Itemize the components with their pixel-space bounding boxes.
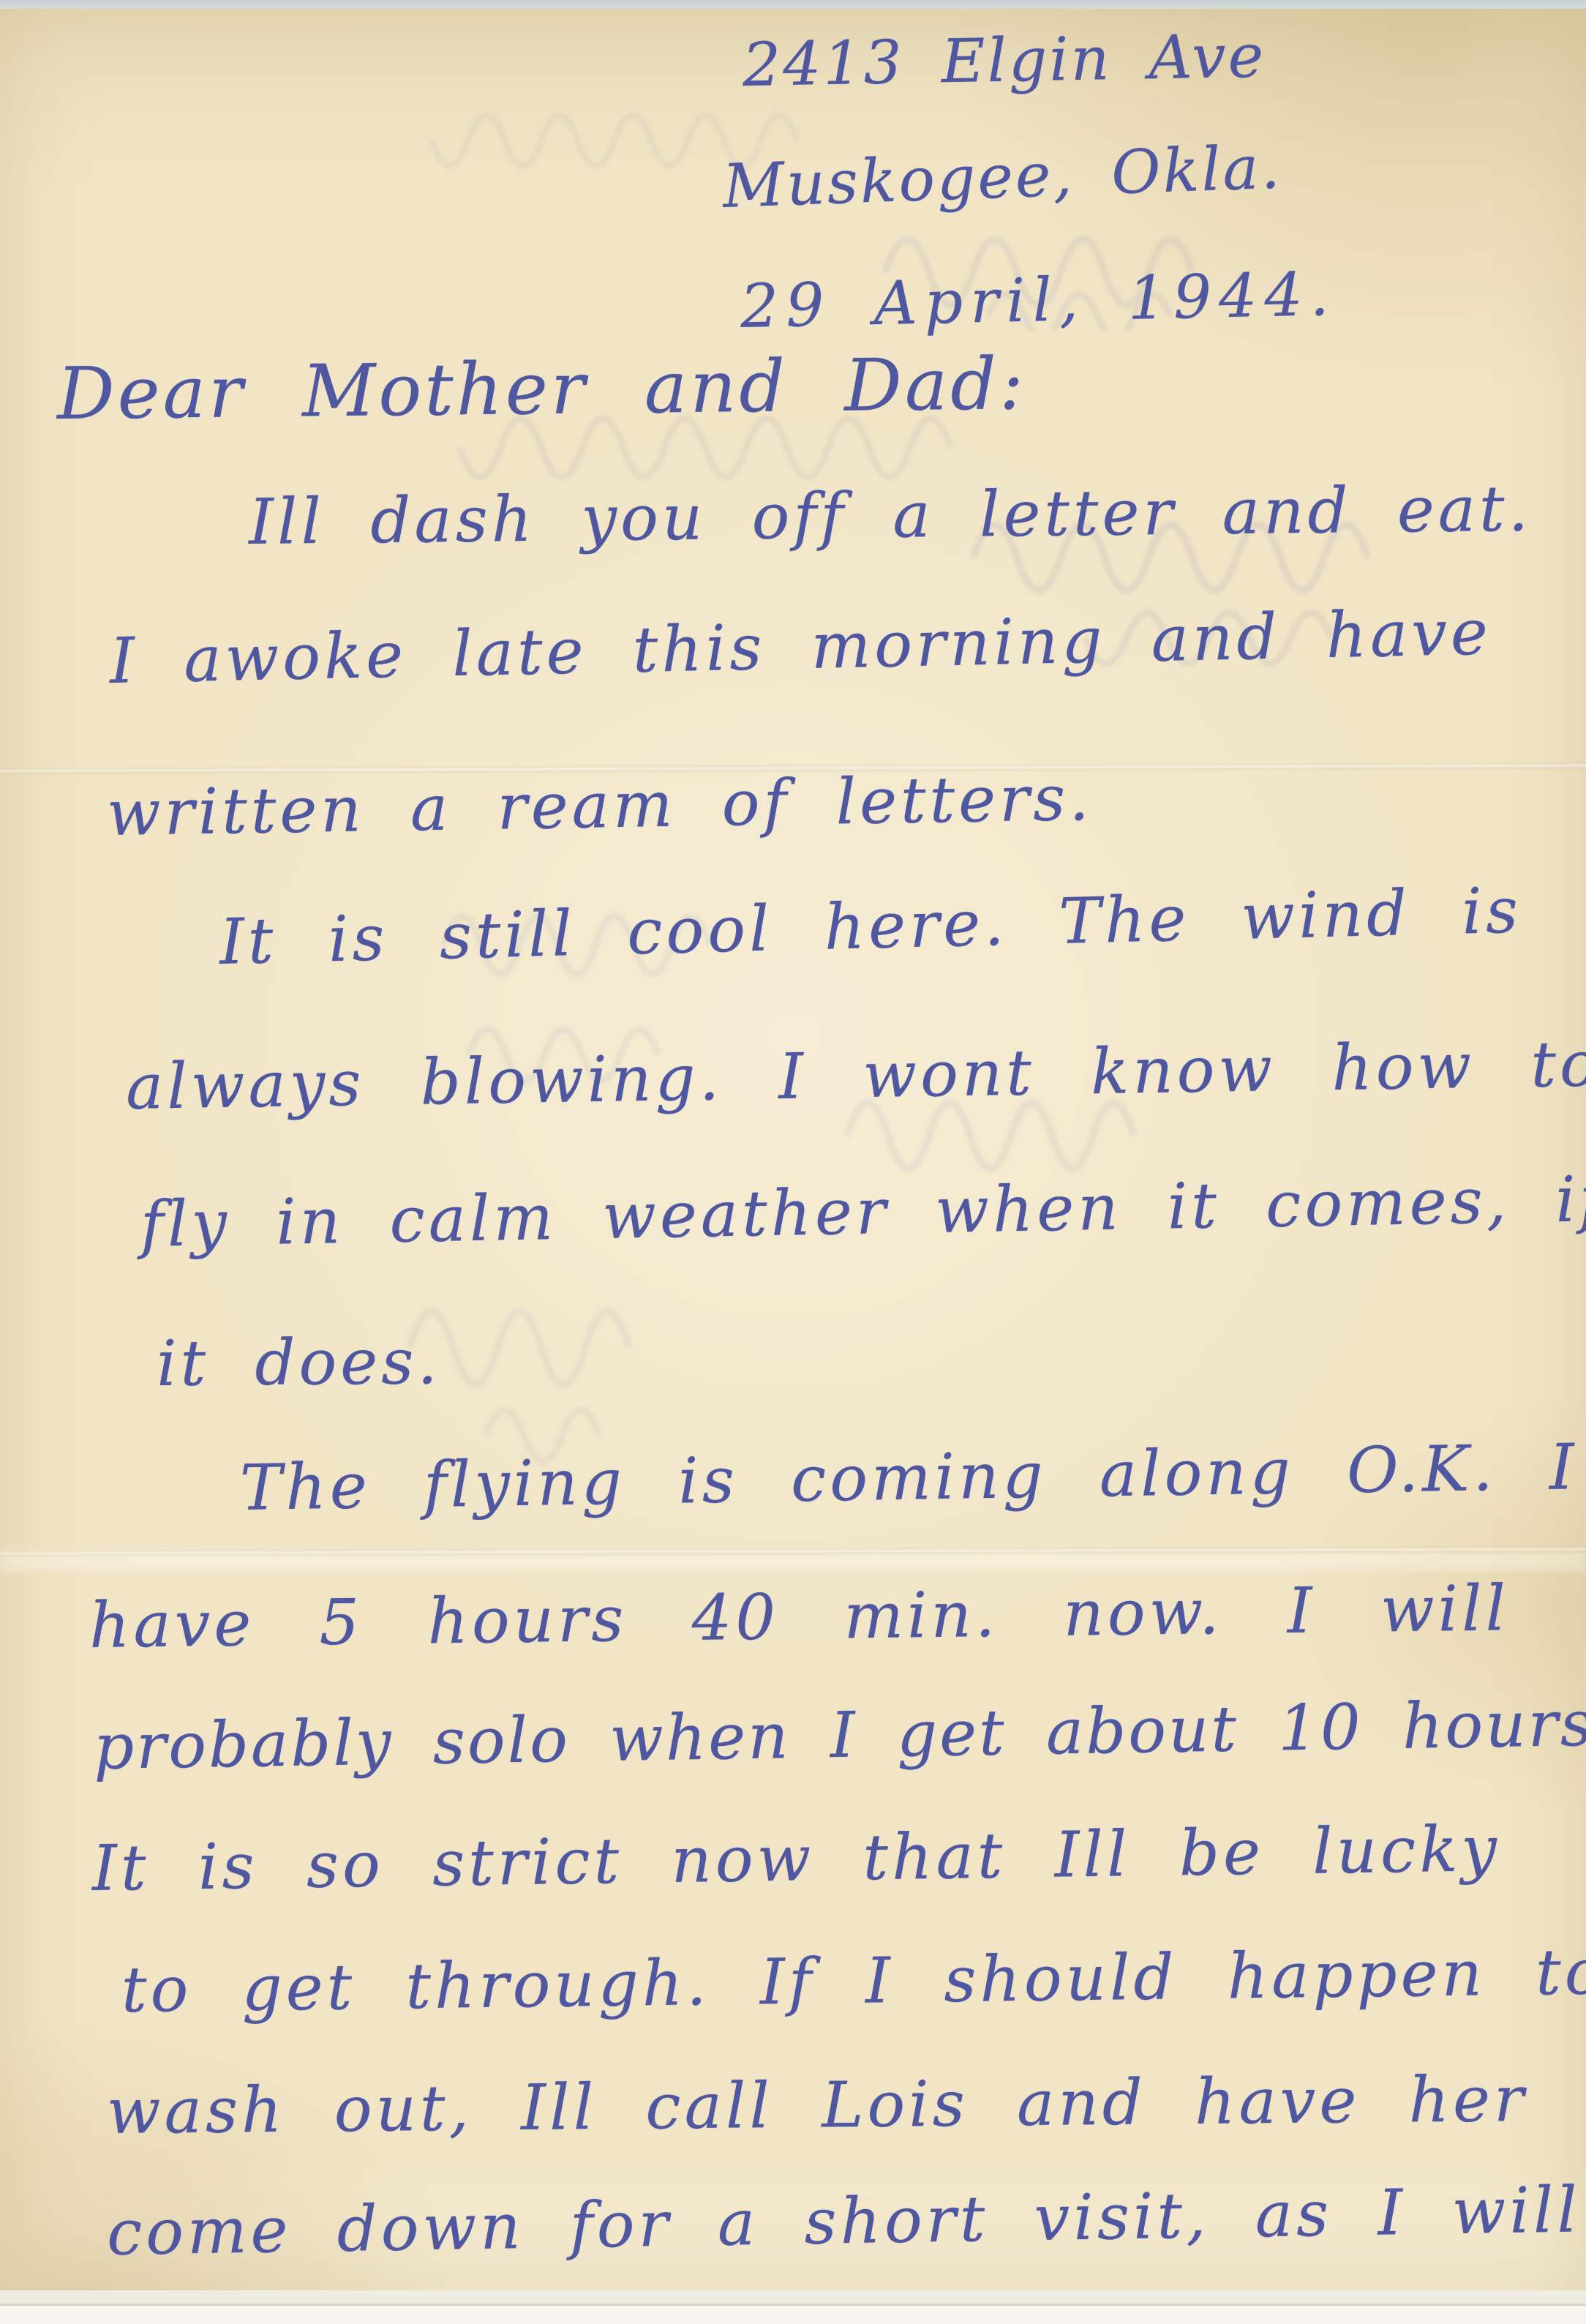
- scan-edge-bottom: [0, 2290, 1586, 2324]
- letter-line: have 5 hours 40 min. now. I will: [89, 1572, 1509, 1663]
- letter-paper: 2413 Elgin Ave Muskogee, Okla. 29 April,…: [0, 9, 1586, 2290]
- letter-line: to get through. If I should happen to: [121, 1935, 1586, 2027]
- salutation: Dear Mother and Dad:: [56, 342, 1026, 436]
- letter-line: come down for a short visit, as I will: [106, 2173, 1581, 2270]
- letter-line: I awoke late this morning and have: [109, 596, 1492, 698]
- letter-line: fly in calm weather when it comes, if: [140, 1163, 1586, 1262]
- scanned-letter-page: 2413 Elgin Ave Muskogee, Okla. 29 April,…: [0, 0, 1586, 2324]
- letter-date: 29 April, 1944.: [740, 260, 1337, 342]
- sender-address-street: 2413 Elgin Ave: [742, 22, 1266, 100]
- letter-line: written a ream of letters.: [106, 762, 1093, 850]
- letter-line: probably solo when I get about 10 hours.: [93, 1687, 1586, 1784]
- letter-line: Ill dash you off a letter and eat.: [248, 473, 1532, 559]
- letter-line: It is so strict now that Ill be lucky: [91, 1813, 1500, 1905]
- letter-line: it does.: [157, 1325, 441, 1401]
- letter-line: wash out, Ill call Lois and have her: [107, 2063, 1528, 2148]
